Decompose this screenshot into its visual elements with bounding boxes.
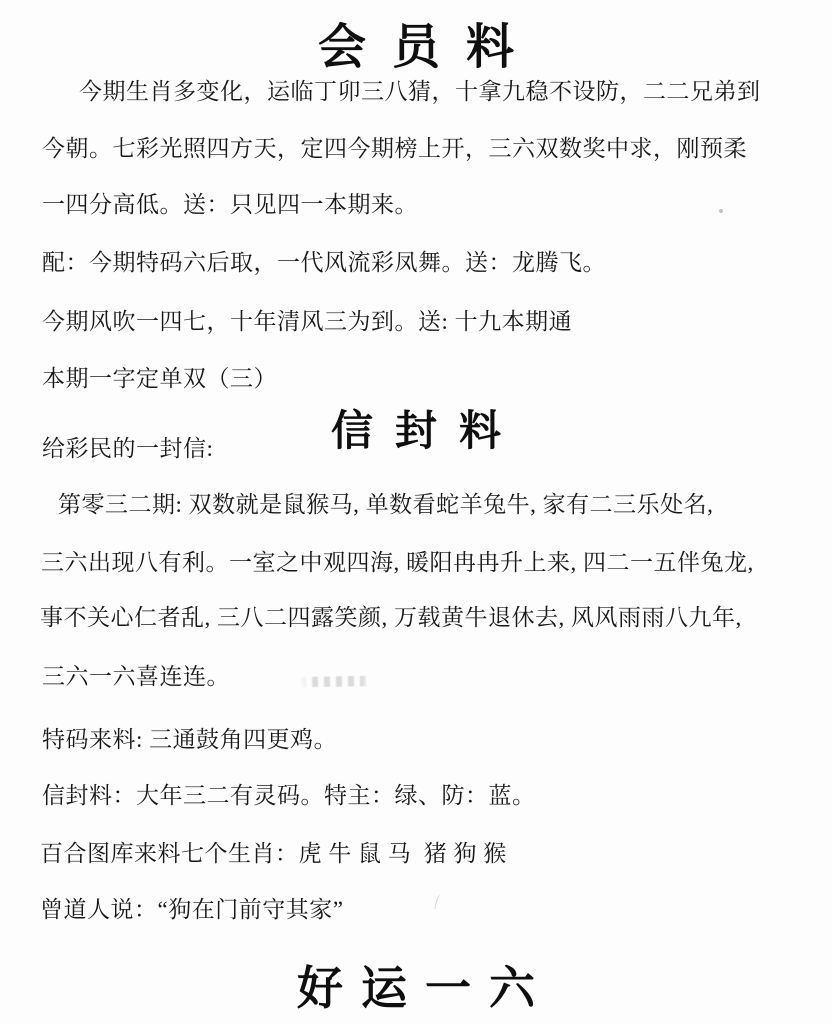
member-section-title: 会员料 [0,8,832,77]
letter-line-2: 三六出现八有利。一室之中观四海, 暖阳冉冉升上来, 四二一五伴兔龙, [41,549,754,578]
special-code-line: 特码来料: 三通鼓角四更鸡。 [42,726,337,755]
scan-dot-artifact [719,209,723,213]
envelope-intro-line: 给彩民的一封信: [42,435,213,464]
scanned-tip-sheet-page: 会员料 今期生肖多变化，运临丁卯三八猜，十拿九稳不设防，二二兄弟到 今朝。七彩光… [0,0,832,1024]
letter-line-3: 事不关心仁者乱, 三八二四露笑颜, 万载黄牛退休去, 风风雨雨八九年, [40,604,742,633]
scan-squiggle-artifact [434,894,444,911]
footer-title: 好运一六 [0,952,832,1018]
member-line-4: 配：今期特码六后取，一代风流彩凤舞。送：龙腾飞。 [42,249,606,278]
master-quote-line: 曾道人说：“狗在门前守其家” [40,896,343,925]
envelope-code-line: 信封料：大年三二有灵码。特主：绿、防：蓝。 [42,782,536,811]
member-line-6: 本期一字定单双（三） [42,365,277,394]
member-line-1: 今期生肖多变化，运临丁卯三八猜，十拿九稳不设防，二二兄弟到 [79,78,761,107]
member-line-2: 今朝。七彩光照四方天，定四今期榜上开，三六双数奖中求，刚预柔 [42,135,747,164]
member-line-3: 一四分高低。送：只见四一本期来。 [42,191,418,220]
letter-line-4: 三六一六喜连连。 [42,663,230,692]
member-line-5: 今期风吹一四七，十年清风三为到。送: 十九本期通 [42,308,572,337]
letter-line-1: 第零三二期: 双数就是鼠猴马, 单数看蛇羊兔牛, 家有二三乐处名, [58,491,713,520]
scan-smudge-artifact [300,675,372,687]
gallery-zodiac-line: 百合图库来料七个生肖：虎 牛 鼠 马 猪 狗 猴 [40,840,507,869]
